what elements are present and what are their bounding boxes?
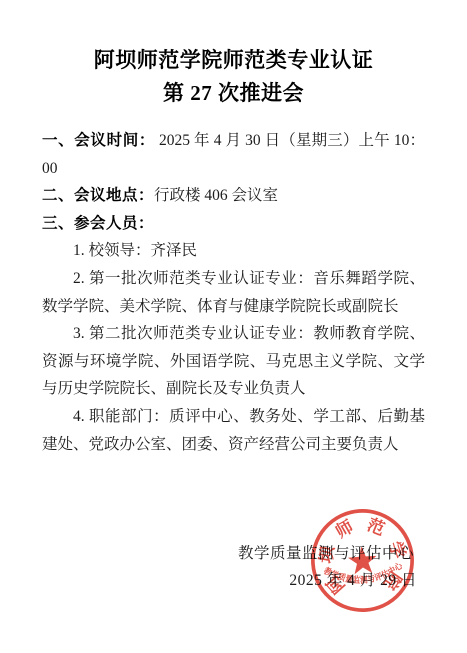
document-body: 一、会议时间： 2025 年 4 月 30 日（星期三）上午 10：00 二、会… [42, 127, 425, 458]
signature-department: 教学质量监测与评估中心 [238, 541, 414, 563]
section-label: 一、会议时间： [42, 132, 155, 149]
section-label: 三、参会人员： [42, 215, 154, 232]
seal-ring-char: 师 [332, 516, 357, 542]
document-page: 阿坝师范学院师范类专业认证 第 27 次推进会 一、会议时间： 2025 年 4… [0, 0, 467, 653]
document-title: 阿坝师范学院师范类专业认证 第 27 次推进会 [0, 44, 467, 110]
signature-date: 2025 年 4 月 29 日 [289, 568, 417, 590]
attendee-item-2: 2. 第一批次师范类专业认证专业：音乐舞蹈学院、数学学院、美术学院、体育与健康学… [42, 265, 425, 320]
section-label: 二、会议地点： [42, 187, 154, 204]
attendee-item-1: 1. 校领导：齐泽民 [42, 237, 425, 265]
section-value: 行政楼 406 会议室 [154, 187, 278, 204]
attendee-item-3: 3. 第二批次师范类专业认证专业：教师教育学院、资源与环境学院、外国语学院、马克… [42, 320, 425, 403]
section-meeting-place: 二、会议地点：行政楼 406 会议室 [42, 182, 425, 210]
title-line-2: 第 27 次推进会 [0, 77, 467, 110]
section-attendees: 三、参会人员： [42, 210, 425, 238]
section-meeting-time: 一、会议时间： 2025 年 4 月 30 日（星期三）上午 10：00 [42, 127, 425, 182]
seal-ring-char: 范 [365, 515, 388, 539]
title-line-1: 阿坝师范学院师范类专业认证 [0, 44, 467, 77]
attendee-item-4: 4. 职能部门：质评中心、教务处、学工部、后勤基建处、党政办公室、团委、资产经营… [42, 403, 425, 458]
